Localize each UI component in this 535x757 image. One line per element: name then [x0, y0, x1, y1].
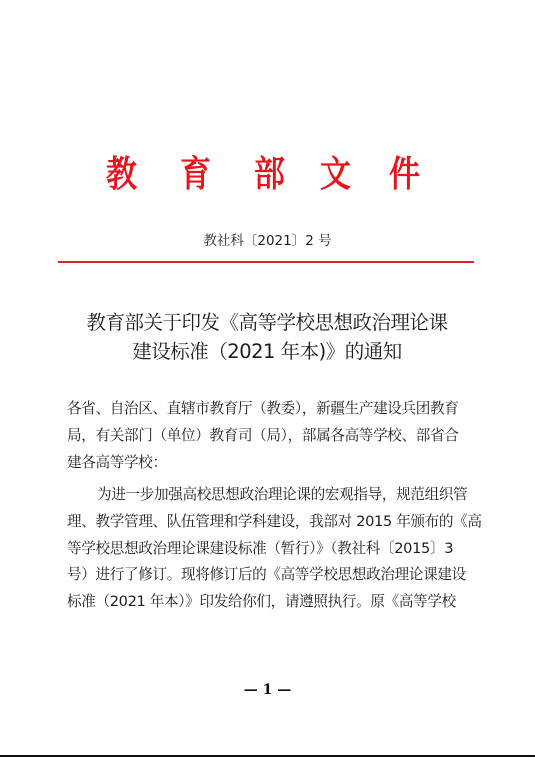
salutation-line: 局，有关部门（单位）教育司（局），部属各高等学校、部省合: [67, 423, 469, 450]
red-divider-rule: [58, 261, 474, 263]
masthead-char: 件: [389, 152, 420, 196]
body-paragraph: 为进一步加强高校思想政治理论课的宏观指导，规范组织管 理、教学管理、队伍管理和学…: [67, 482, 469, 616]
salutation-line: 建各高等学校：: [67, 450, 469, 477]
document-number: 教社科〔2021〕2 号: [0, 230, 535, 252]
body-line: 号）进行了修订。现将修订后的《高等学校思想政治理论课建设: [67, 562, 469, 589]
issuer-masthead: 教 育 部 文 件: [0, 152, 535, 196]
salutation-line: 各省、自治区、直辖市教育厅（教委），新疆生产建设兵团教育: [67, 396, 469, 423]
salutation: 各省、自治区、直辖市教育厅（教委），新疆生产建设兵团教育 局，有关部门（单位）教…: [67, 396, 469, 476]
title-line: 教育部关于印发《高等学校思想政治理论课: [60, 308, 474, 337]
body-line: 理、教学管理、队伍管理和学科建设，我部对 2015 年颁布的《高: [67, 509, 469, 536]
body-line: 为进一步加强高校思想政治理论课的宏观指导，规范组织管: [67, 482, 469, 509]
masthead-char: 教: [106, 152, 137, 196]
body-line: 等学校思想政治理论课建设标准（暂行）》（教社科〔2015〕3: [67, 536, 469, 563]
document-page: 教 育 部 文 件 教社科〔2021〕2 号 教育部关于印发《高等学校思想政治理…: [0, 0, 535, 757]
title-line: 建设标准（2021 年本)》的通知: [60, 337, 474, 366]
body-line: 标准（2021 年本）》印发给你们，请遵照执行。原《高等学校: [67, 589, 469, 616]
masthead-char: 部: [254, 152, 285, 196]
document-title: 教育部关于印发《高等学校思想政治理论课 建设标准（2021 年本)》的通知: [60, 308, 474, 366]
page-number: — 1 —: [0, 680, 535, 700]
masthead-char: 文: [320, 152, 351, 196]
masthead-char: 育: [180, 152, 211, 196]
